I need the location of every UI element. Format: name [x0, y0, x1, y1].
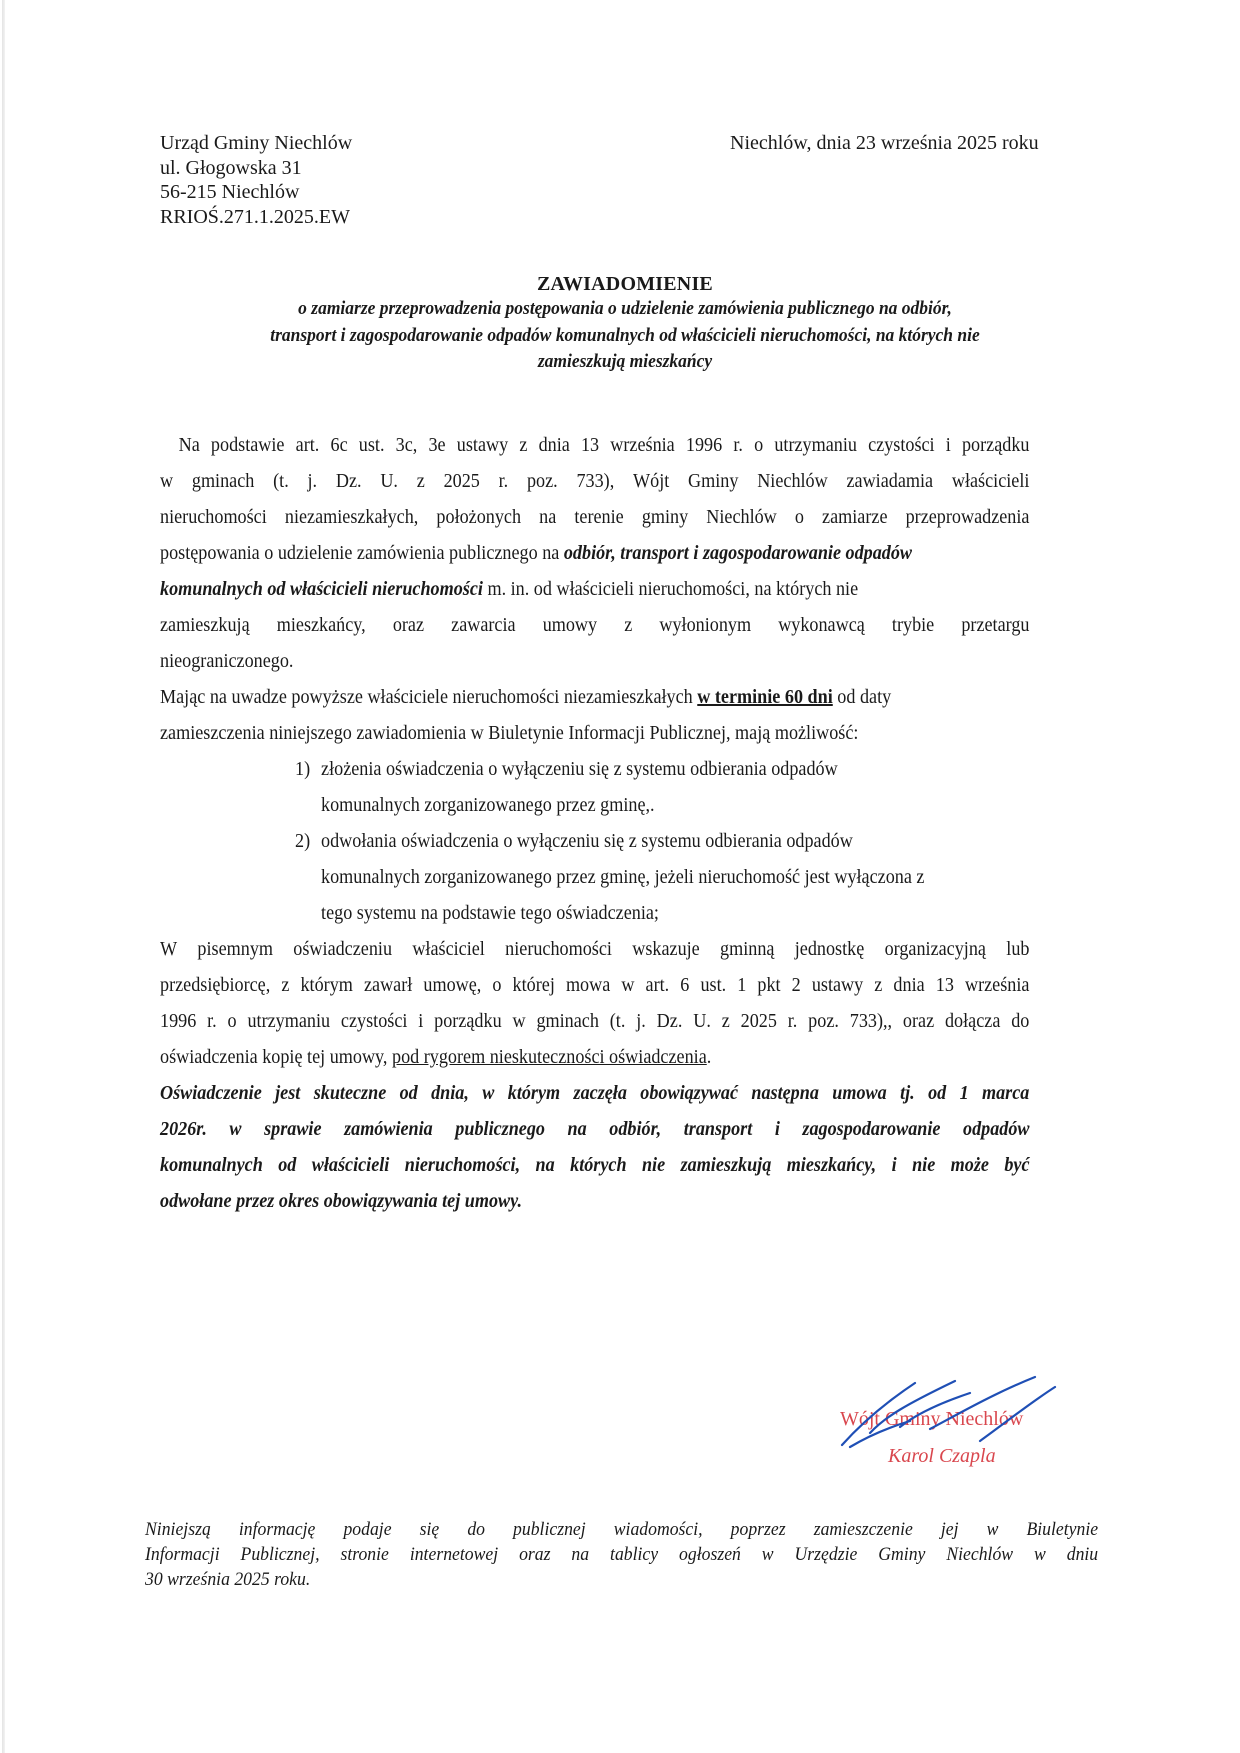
text-line: wgminach(t.j.Dz.U.z2025r.poz.733),WójtGm… — [160, 464, 1030, 500]
text-line: nieruchomościniezamieszkałych,położonych… — [160, 500, 1030, 536]
place-date: Niechlów, dnia 23 września 2025 roku — [730, 131, 1039, 156]
publication-note: Niniejsząinformacjępodajesiędopublicznej… — [145, 1517, 1098, 1592]
text-line: Napodstawieart.6cust.3c,3eustawyzdnia13w… — [160, 428, 1030, 464]
reference-number: RRIOŚ.271.1.2025.EW — [160, 205, 352, 230]
text-line: Oświadczeniejestskuteczneoddnia,wktórymz… — [160, 1076, 1030, 1112]
subtitle-line: zamieszkują mieszkańcy — [188, 349, 1062, 376]
paragraph-deadline: Mając na uwadze powyższe właściciele nie… — [160, 680, 1030, 752]
document-title: ZAWIADOMIENIE — [150, 272, 1100, 296]
underlined-clause: pod rygorem nieskuteczności oświadczenia — [392, 1047, 707, 1068]
subtitle-line: transport i zagospodarowanie odpadów kom… — [188, 323, 1062, 350]
list-item: 1)złożenia oświadczenia o wyłączeniu się… — [295, 752, 1034, 824]
text-line: zamieszczenia niniejszego zawiadomienia … — [160, 716, 1030, 752]
text-line: przedsiębiorcę,zktórymzawarłumowę,októre… — [160, 968, 1030, 1004]
handwritten-signature-icon — [830, 1375, 1090, 1455]
document-subtitle: o zamiarze przeprowadzenia postępowania … — [188, 296, 1062, 376]
deadline-highlight: w terminie 60 dni — [697, 687, 833, 708]
text-line: zamieszkująmieszkańcy,orazzawarciaumowyz… — [160, 608, 1030, 644]
text-line: oświadczenia kopię tej umowy, pod rygore… — [160, 1040, 1030, 1076]
text-line: InformacjiPublicznej,stronieinternetowej… — [145, 1542, 1098, 1567]
options-list: 1)złożenia oświadczenia o wyłączeniu się… — [295, 752, 1034, 932]
sender-street: ul. Głogowska 31 — [160, 156, 352, 181]
sender-office: Urząd Gminy Niechlów — [160, 131, 352, 156]
paragraph-legal-basis: Napodstawieart.6cust.3c,3eustawyzdnia13w… — [160, 428, 1030, 680]
paragraph-effective-date: Oświadczeniejestskuteczneoddnia,wktórymz… — [160, 1076, 1030, 1220]
sender-block: Urząd Gminy Niechlów ul. Głogowska 31 56… — [160, 131, 352, 229]
subtitle-line: o zamiarze przeprowadzenia postępowania … — [188, 296, 1062, 323]
emphasis: komunalnych od właścicieli nieruchomości — [160, 579, 483, 600]
text-line: nieograniczonego. — [160, 644, 1030, 680]
text-line: Mając na uwadze powyższe właściciele nie… — [160, 680, 1030, 716]
emphasis: odbiór, transport i zagospodarowanie odp… — [564, 543, 912, 564]
paragraph-statement-requirements: Wpisemnymoświadczeniuwłaścicielnieruchom… — [160, 932, 1030, 1076]
sender-postal: 56-215 Niechlów — [160, 180, 352, 205]
signature-stamp: Wójt Gminy Niechlów Karol Czapla — [830, 1385, 1090, 1475]
text-line: Wpisemnymoświadczeniuwłaścicielnieruchom… — [160, 932, 1030, 968]
text-line: odwołane przez okres obowiązywania tej u… — [160, 1184, 1030, 1220]
text-line: 30 września 2025 roku. — [145, 1567, 1098, 1592]
text-line: komunalnych od właścicieli nieruchomości… — [160, 572, 1030, 608]
text-line: Niniejsząinformacjępodajesiędopublicznej… — [145, 1517, 1098, 1542]
list-number: 1) — [295, 752, 321, 788]
scan-edge — [2, 0, 5, 1753]
list-item: 2)odwołania oświadczenia o wyłączeniu si… — [295, 824, 1034, 932]
text-line: 2026r.wsprawiezamówieniapublicznegonaodb… — [160, 1112, 1030, 1148]
text-line: komunalnychodwłaścicielinieruchomości,na… — [160, 1148, 1030, 1184]
text-line: 1996r.outrzymaniuczystościiporządkuwgmin… — [160, 1004, 1030, 1040]
text-line: postępowania o udzielenie zamówienia pub… — [160, 536, 1030, 572]
list-number: 2) — [295, 824, 321, 860]
